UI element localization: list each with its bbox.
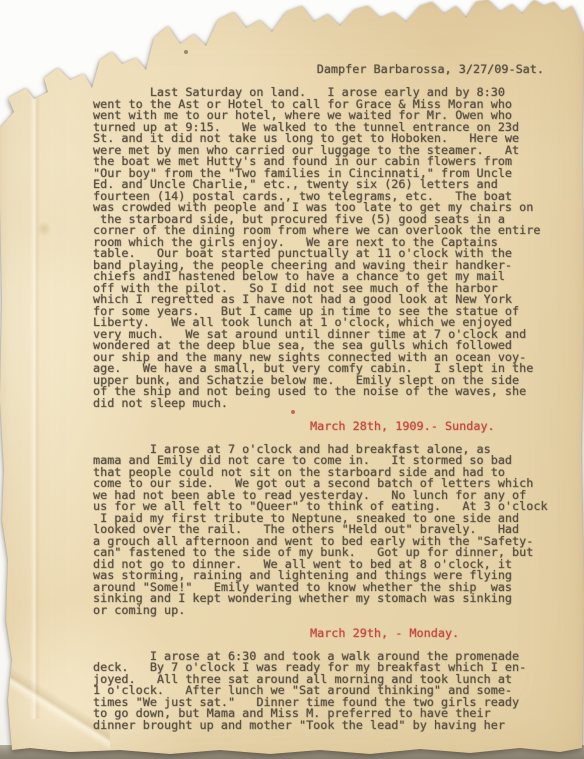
entry-body-march-29: I arose at 6:30 and took a walk around t… <box>93 651 568 732</box>
entry-heading-march-28: March 28th, 1909.- Sunday. <box>310 421 568 433</box>
scanned-document: Dampfer Barbarossa, 3/27/09-Sat. Last Sa… <box>0 0 584 759</box>
paper-sheet-wrap: Dampfer Barbarossa, 3/27/09-Sat. Last Sa… <box>0 0 584 759</box>
dateline: Dampfer Barbarossa, 3/27/09-Sat. <box>93 64 568 76</box>
page-content: Dampfer Barbarossa, 3/27/09-Sat. Last Sa… <box>0 0 584 759</box>
entry-body-march-27: Last Saturday on land. I arose early and… <box>93 87 568 409</box>
paper-sheet: Dampfer Barbarossa, 3/27/09-Sat. Last Sa… <box>0 0 584 759</box>
entry-body-march-28: I arose at 7 o'clock and had breakfast a… <box>93 444 568 617</box>
entry-heading-march-29: March 29th, - Monday. <box>310 628 568 640</box>
